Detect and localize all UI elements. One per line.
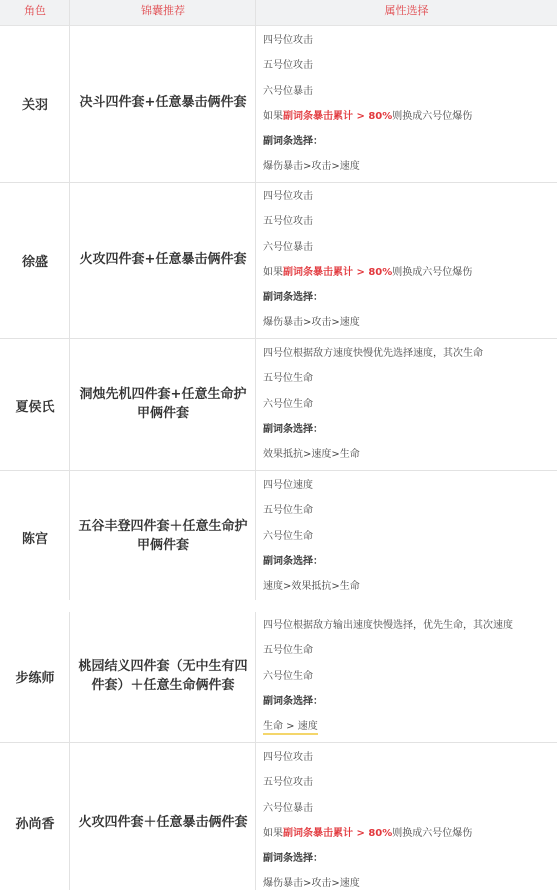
set-recommendation: 五谷丰登四件套＋任意生命护 甲俩件套 (70, 517, 256, 555)
highlight-text: 副词条暴击累计 > 80% (283, 267, 392, 278)
sub-label: 副词条选择： (263, 285, 557, 310)
set-line: 五谷丰登四件套＋任意生命护 (70, 517, 256, 536)
sub-label: 副词条选择： (263, 846, 557, 871)
table-row: 孙尚香 火攻四件套＋任意暴击俩件套 四号位攻击 五号位攻击 六号位暴击 如果副词… (0, 743, 557, 890)
attr-line: 六号位暴击 (263, 796, 557, 821)
set-recommendation: 决斗四件套+任意暴击俩件套 (70, 93, 256, 112)
attr-condition: 如果副词条暴击累计 > 80%则换成六号位爆伤 (263, 260, 557, 285)
attr-line: 四号位攻击 (263, 184, 557, 209)
attr-line: 六号位暴击 (263, 79, 557, 104)
attr-line: 四号位攻击 (263, 28, 557, 53)
highlight-text: 副词条暴击累计 > 80% (283, 111, 392, 122)
attr-line: 五号位攻击 (263, 53, 557, 78)
attr-line: 六号位生命 (263, 524, 557, 549)
attr-line: 六号位生命 (263, 392, 557, 417)
attr-condition: 如果副词条暴击累计 > 80%则换成六号位爆伤 (263, 104, 557, 129)
attribute-list: 四号位速度 五号位生命 六号位生命 副词条选择： 速度>效果抵抗>生命 (263, 473, 557, 599)
highlight-text: 副词条暴击累计 > 80% (283, 828, 392, 839)
sub-label: 副词条选择： (263, 549, 557, 574)
set-recommendation: 火攻四件套+任意暴击俩件套 (70, 250, 256, 269)
attribute-list: 四号位攻击 五号位攻击 六号位暴击 如果副词条暴击累计 > 80%则换成六号位爆… (263, 184, 557, 336)
sub-label: 副词条选择： (263, 129, 557, 154)
table-row: 夏侯氏 洞烛先机四件套+任意生命护 甲俩件套 四号位根据敌方速度快慢优先选择速度… (0, 339, 557, 470)
set-line: 件套）＋任意生命俩件套 (70, 676, 256, 695)
table-row: 步练师 桃园结义四件套（无中生有四 件套）＋任意生命俩件套 四号位根据敌方输出速… (0, 612, 557, 742)
sub-label: 副词条选择： (263, 689, 557, 714)
attribute-list: 四号位攻击 五号位攻击 六号位暴击 如果副词条暴击累计 > 80%则换成六号位爆… (263, 745, 557, 890)
attr-line: 四号位根据敌方输出速度快慢选择，优先生命，其次速度 (263, 613, 557, 638)
set-line: 桃园结义四件套（无中生有四 (70, 657, 256, 676)
attr-condition: 如果副词条暴击累计 > 80%则换成六号位爆伤 (263, 821, 557, 846)
header-role: 角色 (0, 0, 70, 25)
role-name: 徐盛 (0, 251, 70, 270)
sub-label: 副词条选择： (263, 417, 557, 442)
header-set: 锦囊推荐 (70, 0, 256, 25)
attr-line: 五号位生命 (263, 638, 557, 663)
sub-value: 爆伤暴击>攻击>速度 (263, 154, 557, 179)
sub-value: 生命 > 速度 (263, 721, 318, 735)
sub-value: 爆伤暴击>攻击>速度 (263, 871, 557, 890)
attr-line: 四号位速度 (263, 473, 557, 498)
set-line: 甲俩件套 (70, 404, 256, 423)
set-line: 洞烛先机四件套+任意生命护 (70, 385, 256, 404)
sub-value: 效果抵抗>速度>生命 (263, 442, 557, 467)
attr-line: 五号位生命 (263, 366, 557, 391)
attr-line: 五号位生命 (263, 498, 557, 523)
attr-line: 四号位攻击 (263, 745, 557, 770)
attr-line: 五号位攻击 (263, 209, 557, 234)
set-recommendation: 火攻四件套＋任意暴击俩件套 (70, 813, 256, 832)
attribute-list: 四号位根据敌方输出速度快慢选择，优先生命，其次速度 五号位生命 六号位生命 副词… (263, 613, 557, 739)
attr-line: 四号位根据敌方速度快慢优先选择速度，其次生命 (263, 341, 557, 366)
set-recommendation: 桃园结义四件套（无中生有四 件套）＋任意生命俩件套 (70, 657, 256, 695)
table-header: 角色 锦囊推荐 属性选择 (0, 0, 557, 26)
set-recommendation: 洞烛先机四件套+任意生命护 甲俩件套 (70, 385, 256, 423)
role-name: 关羽 (0, 94, 70, 113)
sub-value: 爆伤暴击>攻击>速度 (263, 310, 557, 335)
role-name: 步练师 (0, 667, 70, 686)
attr-line: 六号位暴击 (263, 235, 557, 260)
header-attr: 属性选择 (256, 0, 557, 25)
table-row: 陈宫 五谷丰登四件套＋任意生命护 甲俩件套 四号位速度 五号位生命 六号位生命 … (0, 471, 557, 600)
attribute-list: 四号位攻击 五号位攻击 六号位暴击 如果副词条暴击累计 > 80%则换成六号位爆… (263, 28, 557, 180)
sub-value: 速度>效果抵抗>生命 (263, 574, 557, 599)
role-name: 孙尚香 (0, 813, 70, 832)
set-line: 甲俩件套 (70, 536, 256, 555)
role-name: 夏侯氏 (0, 396, 70, 415)
role-name: 陈宫 (0, 528, 70, 547)
attr-line: 五号位攻击 (263, 770, 557, 795)
attr-line: 六号位生命 (263, 664, 557, 689)
table-row: 徐盛 火攻四件套+任意暴击俩件套 四号位攻击 五号位攻击 六号位暴击 如果副词条… (0, 183, 557, 338)
table-row: 关羽 决斗四件套+任意暴击俩件套 四号位攻击 五号位攻击 六号位暴击 如果副词条… (0, 26, 557, 182)
attribute-list: 四号位根据敌方速度快慢优先选择速度，其次生命 五号位生命 六号位生命 副词条选择… (263, 341, 557, 467)
